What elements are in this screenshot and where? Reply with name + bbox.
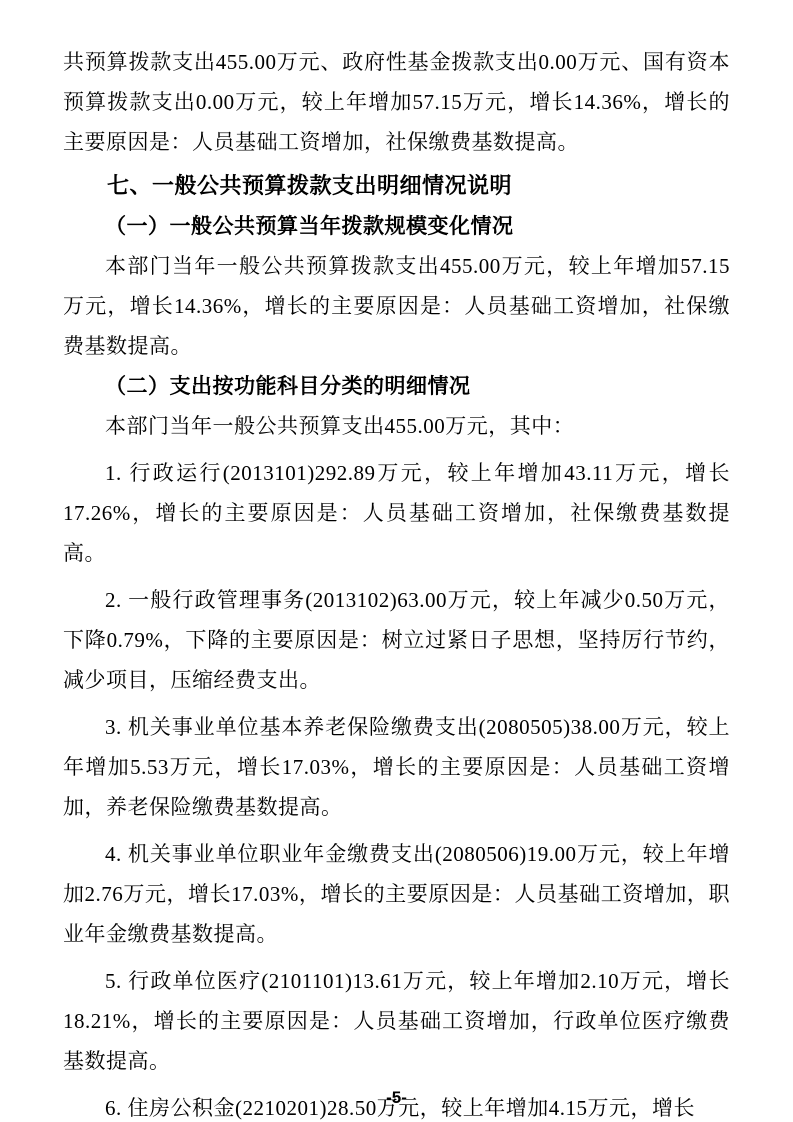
subsection-2-heading: （二）支出按功能科目分类的明细情况 bbox=[63, 366, 730, 406]
continuation-paragraph: 共预算拨款支出455.00万元、政府性基金拨款支出0.00万元、国有资本预算拨款… bbox=[63, 42, 730, 162]
expenditure-item-2: 2. 一般行政管理事务(2013102)63.00万元，较上年减少0.50万元，… bbox=[63, 580, 730, 700]
expenditure-item-5: 5. 行政单位医疗(2101101)13.61万元，较上年增加2.10万元，增长… bbox=[63, 961, 730, 1081]
document-page: 共预算拨款支出455.00万元、政府性基金拨款支出0.00万元、国有资本预算拨款… bbox=[0, 0, 793, 1122]
expenditure-item-3: 3. 机关事业单位基本养老保险缴费支出(2080505)38.00万元，较上年增… bbox=[63, 707, 730, 827]
expenditure-item-4: 4. 机关事业单位职业年金缴费支出(2080506)19.00万元，较上年增加2… bbox=[63, 834, 730, 954]
subsection-2-intro: 本部门当年一般公共预算支出455.00万元，其中： bbox=[63, 406, 730, 446]
subsection-1-paragraph: 本部门当年一般公共预算拨款支出455.00万元，较上年增加57.15万元，增长1… bbox=[63, 246, 730, 366]
page-number: -5- bbox=[0, 1088, 793, 1108]
expenditure-item-1: 1. 行政运行(2013101)292.89万元，较上年增加43.11万元，增长… bbox=[63, 453, 730, 573]
section-heading: 七、一般公共预算拨款支出明细情况说明 bbox=[63, 166, 730, 206]
subsection-1-heading: （一）一般公共预算当年拨款规模变化情况 bbox=[63, 206, 730, 246]
